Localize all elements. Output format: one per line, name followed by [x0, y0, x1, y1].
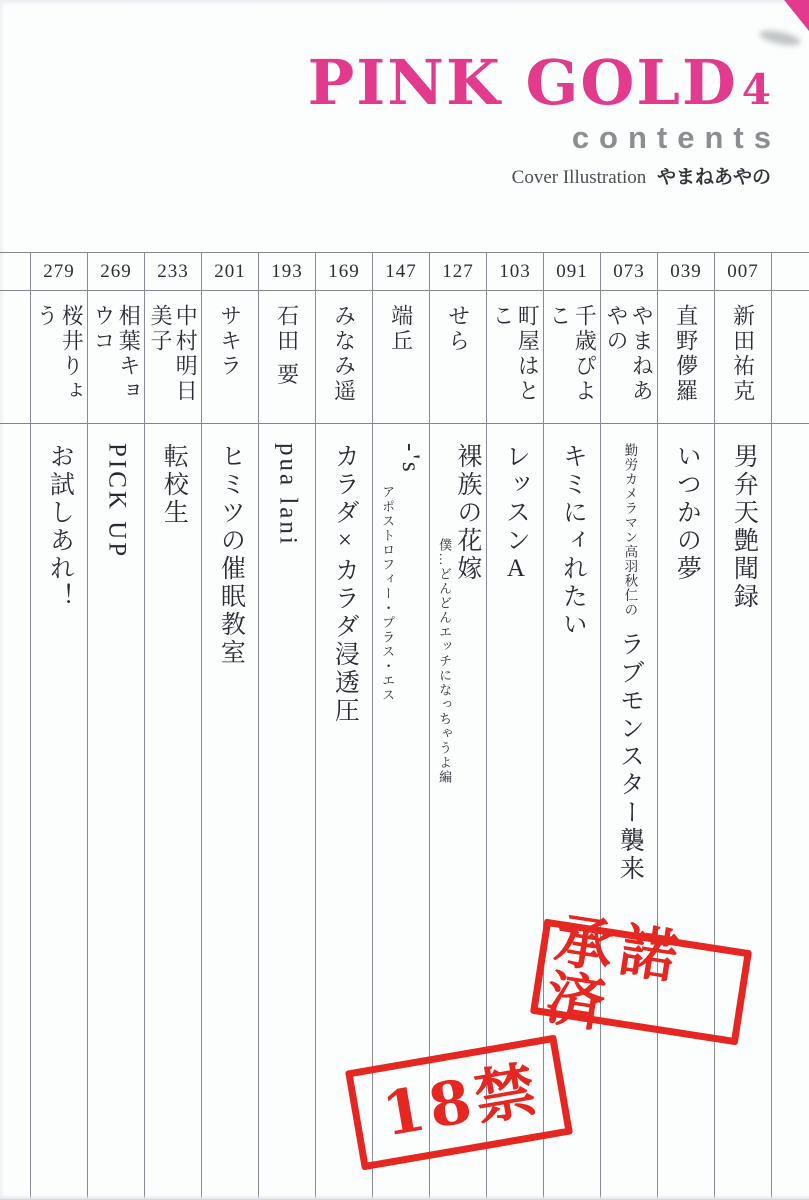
author-name: 端丘	[388, 291, 413, 423]
author-name: 石田 要	[274, 291, 299, 423]
author-name: せら	[445, 291, 470, 423]
author-name: サキラ	[217, 291, 242, 423]
author-name: やまねあやの	[604, 291, 655, 423]
story-title: PICK UP	[103, 443, 130, 559]
page-number: 147	[373, 253, 429, 291]
story-title: 男弁天艶聞録	[730, 443, 757, 611]
approved-stamp: 承諾済	[530, 919, 752, 1046]
volume-number: 4	[742, 65, 771, 114]
story-title: ヒミツの催眠教室	[217, 443, 244, 667]
story-title-block: PICK UP	[102, 424, 131, 1200]
page-corner-shadow	[758, 28, 802, 48]
story-title: いつかの夢	[673, 443, 700, 583]
toc-columns: 279 桜井りょう お試しあれ！ 269 相葉キョウコ PICK UP 233 …	[0, 252, 809, 1200]
story-title-block: いつかの夢	[672, 424, 701, 1200]
page-number: 193	[259, 253, 315, 291]
page-number: 073	[601, 253, 657, 291]
author-name: 中村明日美子	[148, 291, 199, 423]
toc-col-margin-right	[772, 253, 809, 1200]
author-name: 桜井りょう	[34, 291, 85, 423]
contents-label: contents	[308, 122, 781, 153]
story-title: pua lani	[274, 443, 301, 547]
toc-entry-column: 193 石田 要 pua lani	[259, 253, 316, 1200]
story-title: -'s	[397, 443, 424, 475]
story-title: レッスンA	[502, 443, 529, 585]
cover-credit: Cover Illustration やまねあやの	[308, 162, 771, 189]
page-number: 169	[316, 253, 372, 291]
toc-entry-column: 007 新田祐克 男弁天艶聞録	[715, 253, 772, 1200]
author-name: 直野儚羅	[673, 291, 698, 423]
story-title-block: 男弁天艶聞録	[729, 424, 758, 1200]
toc-entry-column: 201 サキラ ヒミツの催眠教室	[202, 253, 259, 1200]
toc-entry-column: 269 相葉キョウコ PICK UP	[88, 253, 145, 1200]
toc-entry-column: 039 直野儚羅 いつかの夢	[658, 253, 715, 1200]
page-title: PINK GOLD4	[308, 52, 771, 114]
story-title: 転校生	[160, 443, 187, 527]
author-name: みなみ遥	[331, 291, 356, 423]
story-title-block: ヒミツの催眠教室	[216, 424, 245, 1200]
page-number: 233	[145, 253, 201, 291]
author-name: 新田祐克	[730, 291, 755, 423]
story-title: お試しあれ！	[46, 443, 73, 611]
page-number: 007	[715, 253, 771, 291]
page-corner-pink	[782, 0, 809, 31]
toc-col-margin-left	[0, 253, 31, 1200]
story-title-block: お試しあれ！	[45, 424, 74, 1200]
story-title: カラダ×カラダ浸透圧	[331, 443, 358, 725]
scan-edge-bottom	[0, 1195, 809, 1200]
story-title-block: 勤労カメラマン高羽秋仁のラブモンスター襲来	[615, 424, 644, 1200]
toc-entry-column: 169 みなみ遥 カラダ×カラダ浸透圧	[316, 253, 373, 1200]
story-title-prefix: 勤労カメラマン高羽秋仁の	[622, 443, 637, 617]
author-name: 千歳ぴよこ	[547, 291, 598, 423]
story-title: キミにィれたい	[559, 443, 586, 639]
page-number: 269	[88, 253, 144, 291]
story-title: ラブモンスター襲来	[616, 631, 643, 883]
author-name: 相葉キョウコ	[91, 291, 142, 423]
page-number: 279	[31, 253, 87, 291]
page-number: 039	[658, 253, 714, 291]
story-title-block: pua lani	[273, 424, 302, 1200]
series-title: PINK GOLD	[308, 46, 738, 119]
page-number: 127	[430, 253, 486, 291]
toc-page: PINK GOLD4 contents Cover Illustration や…	[0, 0, 809, 1200]
header: PINK GOLD4 contents Cover Illustration や…	[308, 52, 771, 189]
toc-entry-column: 073 やまねあやの 勤労カメラマン高羽秋仁のラブモンスター襲来	[601, 253, 658, 1200]
toc-entry-column: 279 桜井りょう お試しあれ！	[31, 253, 88, 1200]
story-title: 裸族の花嫁	[454, 443, 481, 583]
scan-edge-top	[0, 0, 809, 6]
story-title-block: 転校生	[159, 424, 188, 1200]
cover-credit-label: Cover Illustration	[512, 167, 647, 188]
page-number: 201	[202, 253, 258, 291]
cover-credit-name: やまねあやの	[657, 166, 771, 188]
page-number: 103	[487, 253, 543, 291]
author-name: 町屋はとこ	[490, 291, 541, 423]
page-number: 091	[544, 253, 600, 291]
toc-entry-column: 233 中村明日美子 転校生	[145, 253, 202, 1200]
